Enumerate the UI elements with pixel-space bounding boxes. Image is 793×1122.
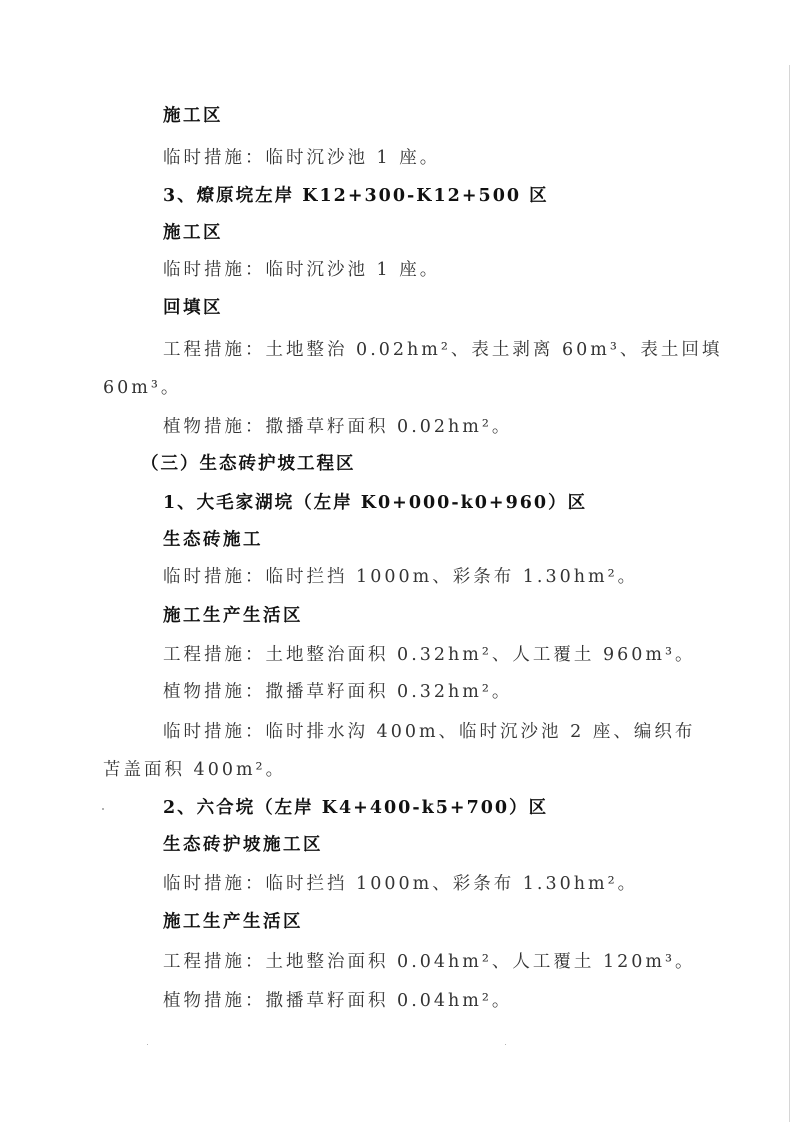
subheading-living-area: 施工生产生活区	[163, 597, 303, 635]
subheading-construction-area: 施工区	[163, 97, 223, 135]
engineering-measures-text: 工程措施：土地整治 0.02hm²、表土剥离 60m³、表土回填	[163, 331, 722, 369]
scan-speck	[147, 1044, 148, 1045]
temporary-measures-text: 临时措施：临时拦挡 1000m、彩条布 1.30hm²。	[163, 865, 638, 903]
temporary-measures-text: 临时措施：临时排水沟 400m、临时沉沙池 2 座、编织布	[163, 713, 695, 751]
engineering-measures-text: 工程措施：土地整治面积 0.04hm²、人工覆土 120m³。	[163, 943, 695, 981]
section-heading-liuhe: 2、六合垸（左岸 K4+400-k5+700）区	[163, 789, 548, 827]
vegetation-measures-text: 植物措施：撒播草籽面积 0.32hm²。	[163, 673, 512, 711]
temporary-measures-text: 临时措施：临时拦挡 1000m、彩条布 1.30hm²。	[163, 558, 638, 596]
temporary-measures-continuation: 苫盖面积 400m²。	[103, 751, 286, 789]
scan-edge-line	[789, 65, 790, 1122]
chapter-heading-eco-brick-slope: （三）生态砖护坡工程区	[141, 445, 356, 483]
scan-speck	[505, 1044, 506, 1045]
subheading-living-area: 施工生产生活区	[163, 903, 303, 941]
subheading-eco-brick-construction: 生态砖施工	[163, 521, 263, 559]
engineering-measures-text: 工程措施：土地整治面积 0.32hm²、人工覆土 960m³。	[163, 636, 695, 674]
subheading-construction-area: 施工区	[163, 214, 223, 252]
subheading-backfill-area: 回填区	[163, 289, 223, 327]
temporary-measures-text: 临时措施：临时沉沙池 1 座。	[163, 251, 440, 289]
section-heading-liaoyuan: 3、燎原垸左岸 K12+300-K12+500 区	[163, 177, 549, 215]
document-page: 施工区 临时措施：临时沉沙池 1 座。 3、燎原垸左岸 K12+300-K12+…	[0, 0, 793, 1122]
scan-speck	[102, 808, 104, 810]
section-heading-damaojiahu: 1、大毛家湖垸（左岸 K0+000-k0+960）区	[163, 484, 587, 522]
subheading-eco-brick-slope-construction: 生态砖护坡施工区	[163, 826, 323, 864]
temporary-measures-text: 临时措施：临时沉沙池 1 座。	[163, 139, 440, 177]
engineering-measures-continuation: 60m³。	[103, 369, 181, 407]
vegetation-measures-text: 植物措施：撒播草籽面积 0.02hm²。	[163, 408, 512, 446]
vegetation-measures-text: 植物措施：撒播草籽面积 0.04hm²。	[163, 982, 512, 1020]
